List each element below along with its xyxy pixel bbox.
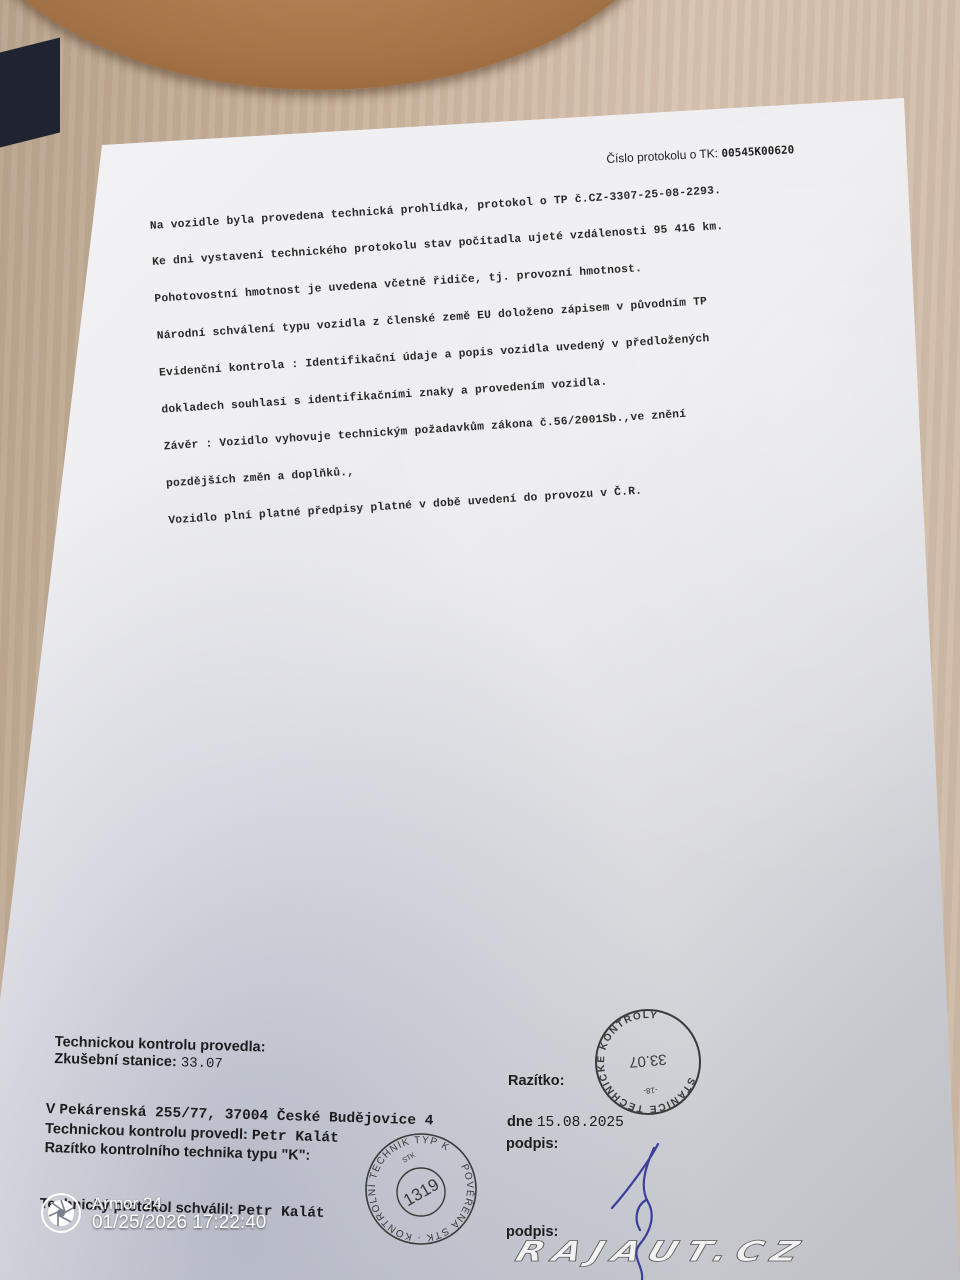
body-line: Pohotovostní hmotnost je uvedena včetně … [154,258,726,306]
camera-watermark-overlay: Armor 24 01/25/2026 17:22:40 [40,1192,266,1234]
body-line: Ke dni vystavení technického protokolu s… [152,221,724,269]
station-label: Zkušební stanice: [54,1051,177,1070]
inspection-body-text: Na vozidle byla provedena technická proh… [148,160,741,540]
location-prefix: V [45,1101,55,1117]
technician-name: Petr Kalát [252,1128,339,1147]
body-line: Závěr : Vozidlo vyhovuje technickým poža… [163,406,735,454]
date-prefix: dne [507,1114,533,1130]
station-info: Technickou kontrolu provedla: Zkušební s… [54,1034,266,1075]
signature-label-1: podpis: [506,1136,558,1152]
body-line: Evidenční kontrola : Identifikační údaje… [159,332,731,380]
body-line: Národní schválení typu vozidla z členské… [156,295,728,343]
dark-object-corner [0,38,60,148]
device-name: Armor 24 [92,1194,266,1213]
station-stamp-number: 33.07 [628,1050,667,1070]
site-watermark: RAJAUT.CZ [512,1236,812,1268]
capture-timestamp: 01/25/2026 17:22:40 [92,1213,266,1232]
technician-stamp-sub: STK [402,1152,418,1165]
station-number: 33.07 [181,1055,223,1072]
station-stamp: STANICE TECHNICKÉ KONTROLY -18- 33.07 [592,1006,704,1118]
camera-aperture-icon [40,1192,82,1234]
station-stamp-mark: -18- [643,1085,658,1095]
technician-stamp: POVĚŘENÁ STK · KONTROLNÍ TECHNIK TYP K S… [362,1130,480,1248]
razitko-label: Razítko: [508,1073,564,1089]
technician-stamp-number: 1319 [400,1175,442,1210]
body-line: dokladech souhlasí s identifikačními zna… [161,369,733,417]
body-line: Na vozidle byla provedena technická proh… [150,185,722,233]
body-line: pozdějších změn a doplňků., [166,442,738,490]
